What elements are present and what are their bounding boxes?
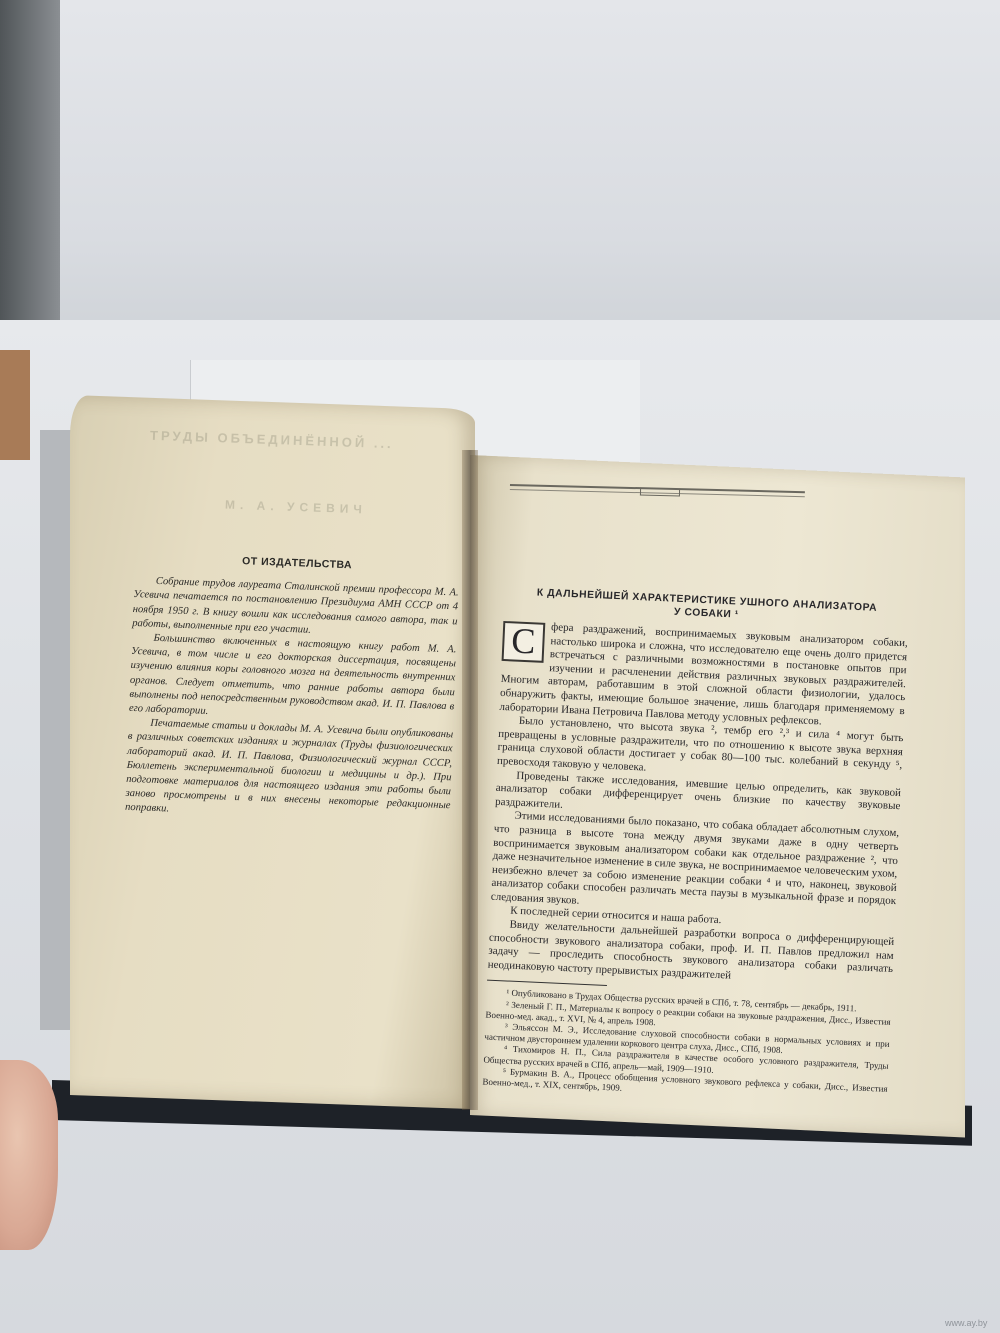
article: К ДАЛЬНЕЙШЕЙ ХАРАКТЕРИСТИКЕ УШНОГО АНАЛИ… [482,585,909,1106]
paragraph: Печатаемые статьи и доклады М. А. Усевич… [125,716,454,828]
drop-cap-letter: С [502,621,546,663]
paragraph: Большинство включенных в настоящую книгу… [129,631,457,729]
first-paragraph-text: фера раздражений, воспринимаемых звуковы… [499,621,908,727]
background-wall [0,0,1000,340]
rule-ornament-center [640,489,680,497]
hand-finger [0,1060,58,1250]
paragraph: Этими исследованиями было показано, что … [491,809,900,922]
footnote-separator [487,980,607,986]
site-watermark: www.ay.by [945,1318,987,1328]
publisher-note: ОТ ИЗДАТЕЛЬСТВА Собрание трудов лауреата… [125,550,460,828]
wooden-edge [0,350,30,460]
book-gutter [462,450,478,1110]
article-first-paragraph: С фера раздражений, воспринимаемых звуко… [499,619,908,732]
